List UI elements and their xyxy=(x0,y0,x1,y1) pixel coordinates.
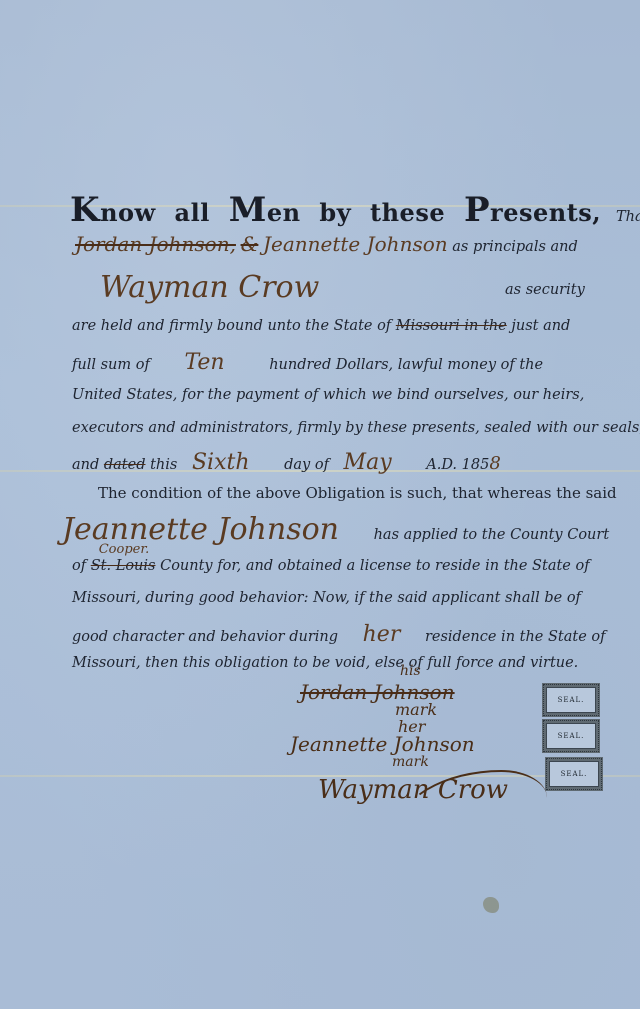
condition-line-4: Missouri, during good behavior: Now, if … xyxy=(72,590,602,606)
ink-stain xyxy=(483,897,499,913)
condition-line-5: good character and behavior during her r… xyxy=(72,622,602,647)
county-insert: Cooper. xyxy=(99,542,150,557)
body-line-5: and dated this Sixth day of May A.D. 185… xyxy=(72,450,602,475)
principal-connector: & xyxy=(241,232,259,256)
county-struck: St. Louis xyxy=(91,558,156,574)
body-line-1: are held and firmly bound unto the State… xyxy=(72,318,602,334)
security-name: Wayman Crow xyxy=(100,270,319,305)
condition-line-3: of Cooper. St. Louis County for, and obt… xyxy=(72,558,602,574)
seal-3: SEAL. xyxy=(545,757,603,791)
security-line: Wayman Crow as security xyxy=(100,270,630,305)
signature-2: Jeannette Johnson xyxy=(290,732,475,756)
document-page: Know all Men by these Presents, That We.… xyxy=(0,0,640,1009)
signature-1-above: his xyxy=(400,663,421,679)
year-digit-handwritten: 8 xyxy=(489,453,500,474)
body-line-4: executors and administrators, firmly by … xyxy=(72,420,602,436)
principal-name-1: Jordan Johnson, xyxy=(75,232,236,256)
day-handwritten: Sixth xyxy=(192,450,250,475)
condition-line-1: The condition of the above Obligation is… xyxy=(98,484,628,502)
month-handwritten: May xyxy=(344,450,392,475)
title-line: Know all Men by these Presents, That We. xyxy=(70,190,600,230)
body-line-3: United States, for the payment of which … xyxy=(72,387,602,403)
security-label: as security xyxy=(505,282,585,298)
amount-handwritten: Ten xyxy=(184,350,224,375)
seal-2: SEAL. xyxy=(542,719,600,753)
principal-name-2: Jeannette Johnson xyxy=(263,232,448,256)
pronoun-handwritten: her xyxy=(363,622,401,647)
principals-label: as principals and xyxy=(452,239,578,255)
signature-2-below: mark xyxy=(392,754,429,770)
condition-line-6: Missouri, then this obligation to be voi… xyxy=(72,655,602,671)
struck-text: Missouri in the xyxy=(396,318,507,334)
principals-line: Jordan Johnson, & Jeannette Johnson as p… xyxy=(75,232,605,256)
seal-1: SEAL. xyxy=(542,683,600,717)
title-heading: Know all Men by these Presents, xyxy=(70,198,610,227)
body-line-2: full sum of Ten hundred Dollars, lawful … xyxy=(72,350,602,375)
title-lead-in: That We. xyxy=(616,209,640,225)
